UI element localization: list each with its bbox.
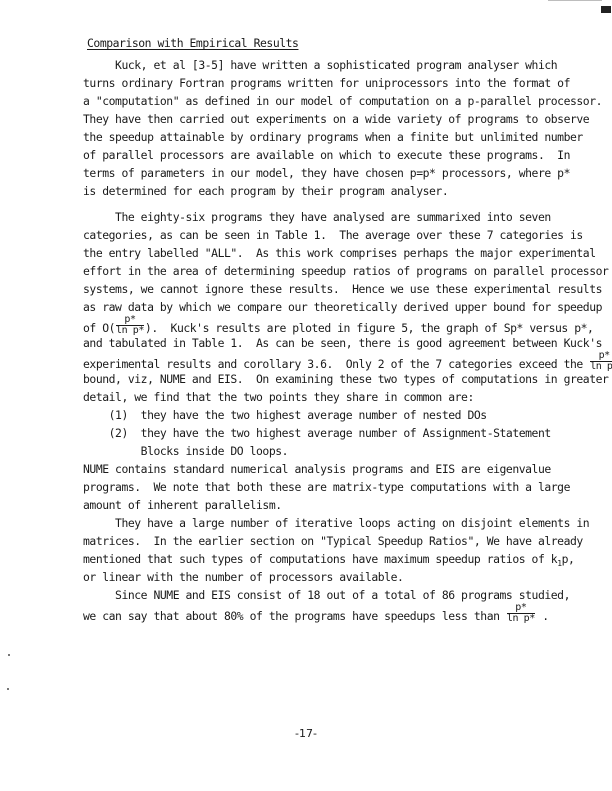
- text-line: programs. We note that both these are ma…: [83, 480, 570, 494]
- text-line: as raw data by which we compare our theo…: [83, 300, 602, 314]
- text-line: terms of parameters in our model, they h…: [83, 166, 570, 180]
- text-line: turns ordinary Fortran programs written …: [83, 76, 570, 90]
- text-span: ). Kuck's results are ploted in figure 5…: [145, 321, 594, 335]
- text-line: They have a large number of iterative lo…: [83, 516, 589, 530]
- fraction-p-over-ln-p: p*ln p*: [116, 315, 144, 336]
- text-line: or linear with the number of processors …: [83, 570, 403, 584]
- margin-speck: [7, 688, 9, 690]
- scan-corner-mark: [601, 6, 611, 13]
- text-line: detail, we find that the two points they…: [83, 390, 474, 404]
- text-line-with-fraction: we can say that about 80% of the program…: [83, 606, 549, 627]
- list-item-continuation: Blocks inside DO loops.: [83, 444, 288, 458]
- text-span: mentioned that such types of computation…: [83, 552, 557, 566]
- text-line: amount of inherent parallelism.: [83, 498, 282, 512]
- text-line: Since NUME and EIS consist of 18 out of …: [83, 588, 570, 602]
- text-span: p,: [562, 552, 575, 566]
- page-number: -17-: [0, 727, 612, 740]
- text-span: experimental results and corollary 3.6. …: [83, 357, 589, 371]
- text-line: The eighty-six programs they have analys…: [83, 210, 551, 224]
- text-span: .: [536, 609, 549, 623]
- text-line: a "computation" as defined in our model …: [83, 94, 602, 108]
- text-line: matrices. In the earlier section on "Typ…: [83, 534, 583, 548]
- scan-edge-line: [548, 0, 602, 1]
- section-heading: Comparison with Empirical Results: [87, 36, 298, 50]
- text-line: They have then carried out experiments o…: [83, 112, 589, 126]
- text-line: effort in the area of determining speedu…: [83, 264, 608, 278]
- fraction-denominator: ln p*: [590, 362, 612, 372]
- text-line: bound, viz, NUME and EIS. On examining t…: [83, 372, 608, 386]
- text-line: of parallel processors are available on …: [83, 148, 570, 162]
- text-line: Kuck, et al [3-5] have written a sophist…: [83, 58, 557, 72]
- text-span: of O(: [83, 321, 115, 335]
- document-page: Comparison with Empirical Results Kuck, …: [0, 0, 612, 791]
- text-line: NUME contains standard numerical analysi…: [83, 462, 551, 476]
- fraction-denominator: ln p*: [116, 326, 144, 336]
- text-line: systems, we cannot ignore these results.…: [83, 282, 602, 296]
- fraction-p-over-ln-p: p*ln p*: [590, 351, 612, 372]
- fraction-p-over-ln-p: p*ln p*: [507, 603, 535, 624]
- text-line: the entry labelled "ALL". As this work c…: [83, 246, 596, 260]
- text-line: is determined for each program by their …: [83, 184, 448, 198]
- text-line: and tabulated in Table 1. As can be seen…: [83, 336, 602, 350]
- subscript: 1: [557, 559, 561, 568]
- text-line-with-subscript: mentioned that such types of computation…: [83, 552, 574, 568]
- list-item: (1) they have the two highest average nu…: [83, 408, 487, 422]
- margin-speck: [8, 654, 10, 656]
- text-line: the speedup attainable by ordinary progr…: [83, 130, 583, 144]
- text-line: categories, as can be seen in Table 1. T…: [83, 228, 583, 242]
- list-item: (2) they have the two highest average nu…: [83, 426, 551, 440]
- text-span: we can say that about 80% of the program…: [83, 609, 506, 623]
- fraction-denominator: ln p*: [507, 614, 535, 624]
